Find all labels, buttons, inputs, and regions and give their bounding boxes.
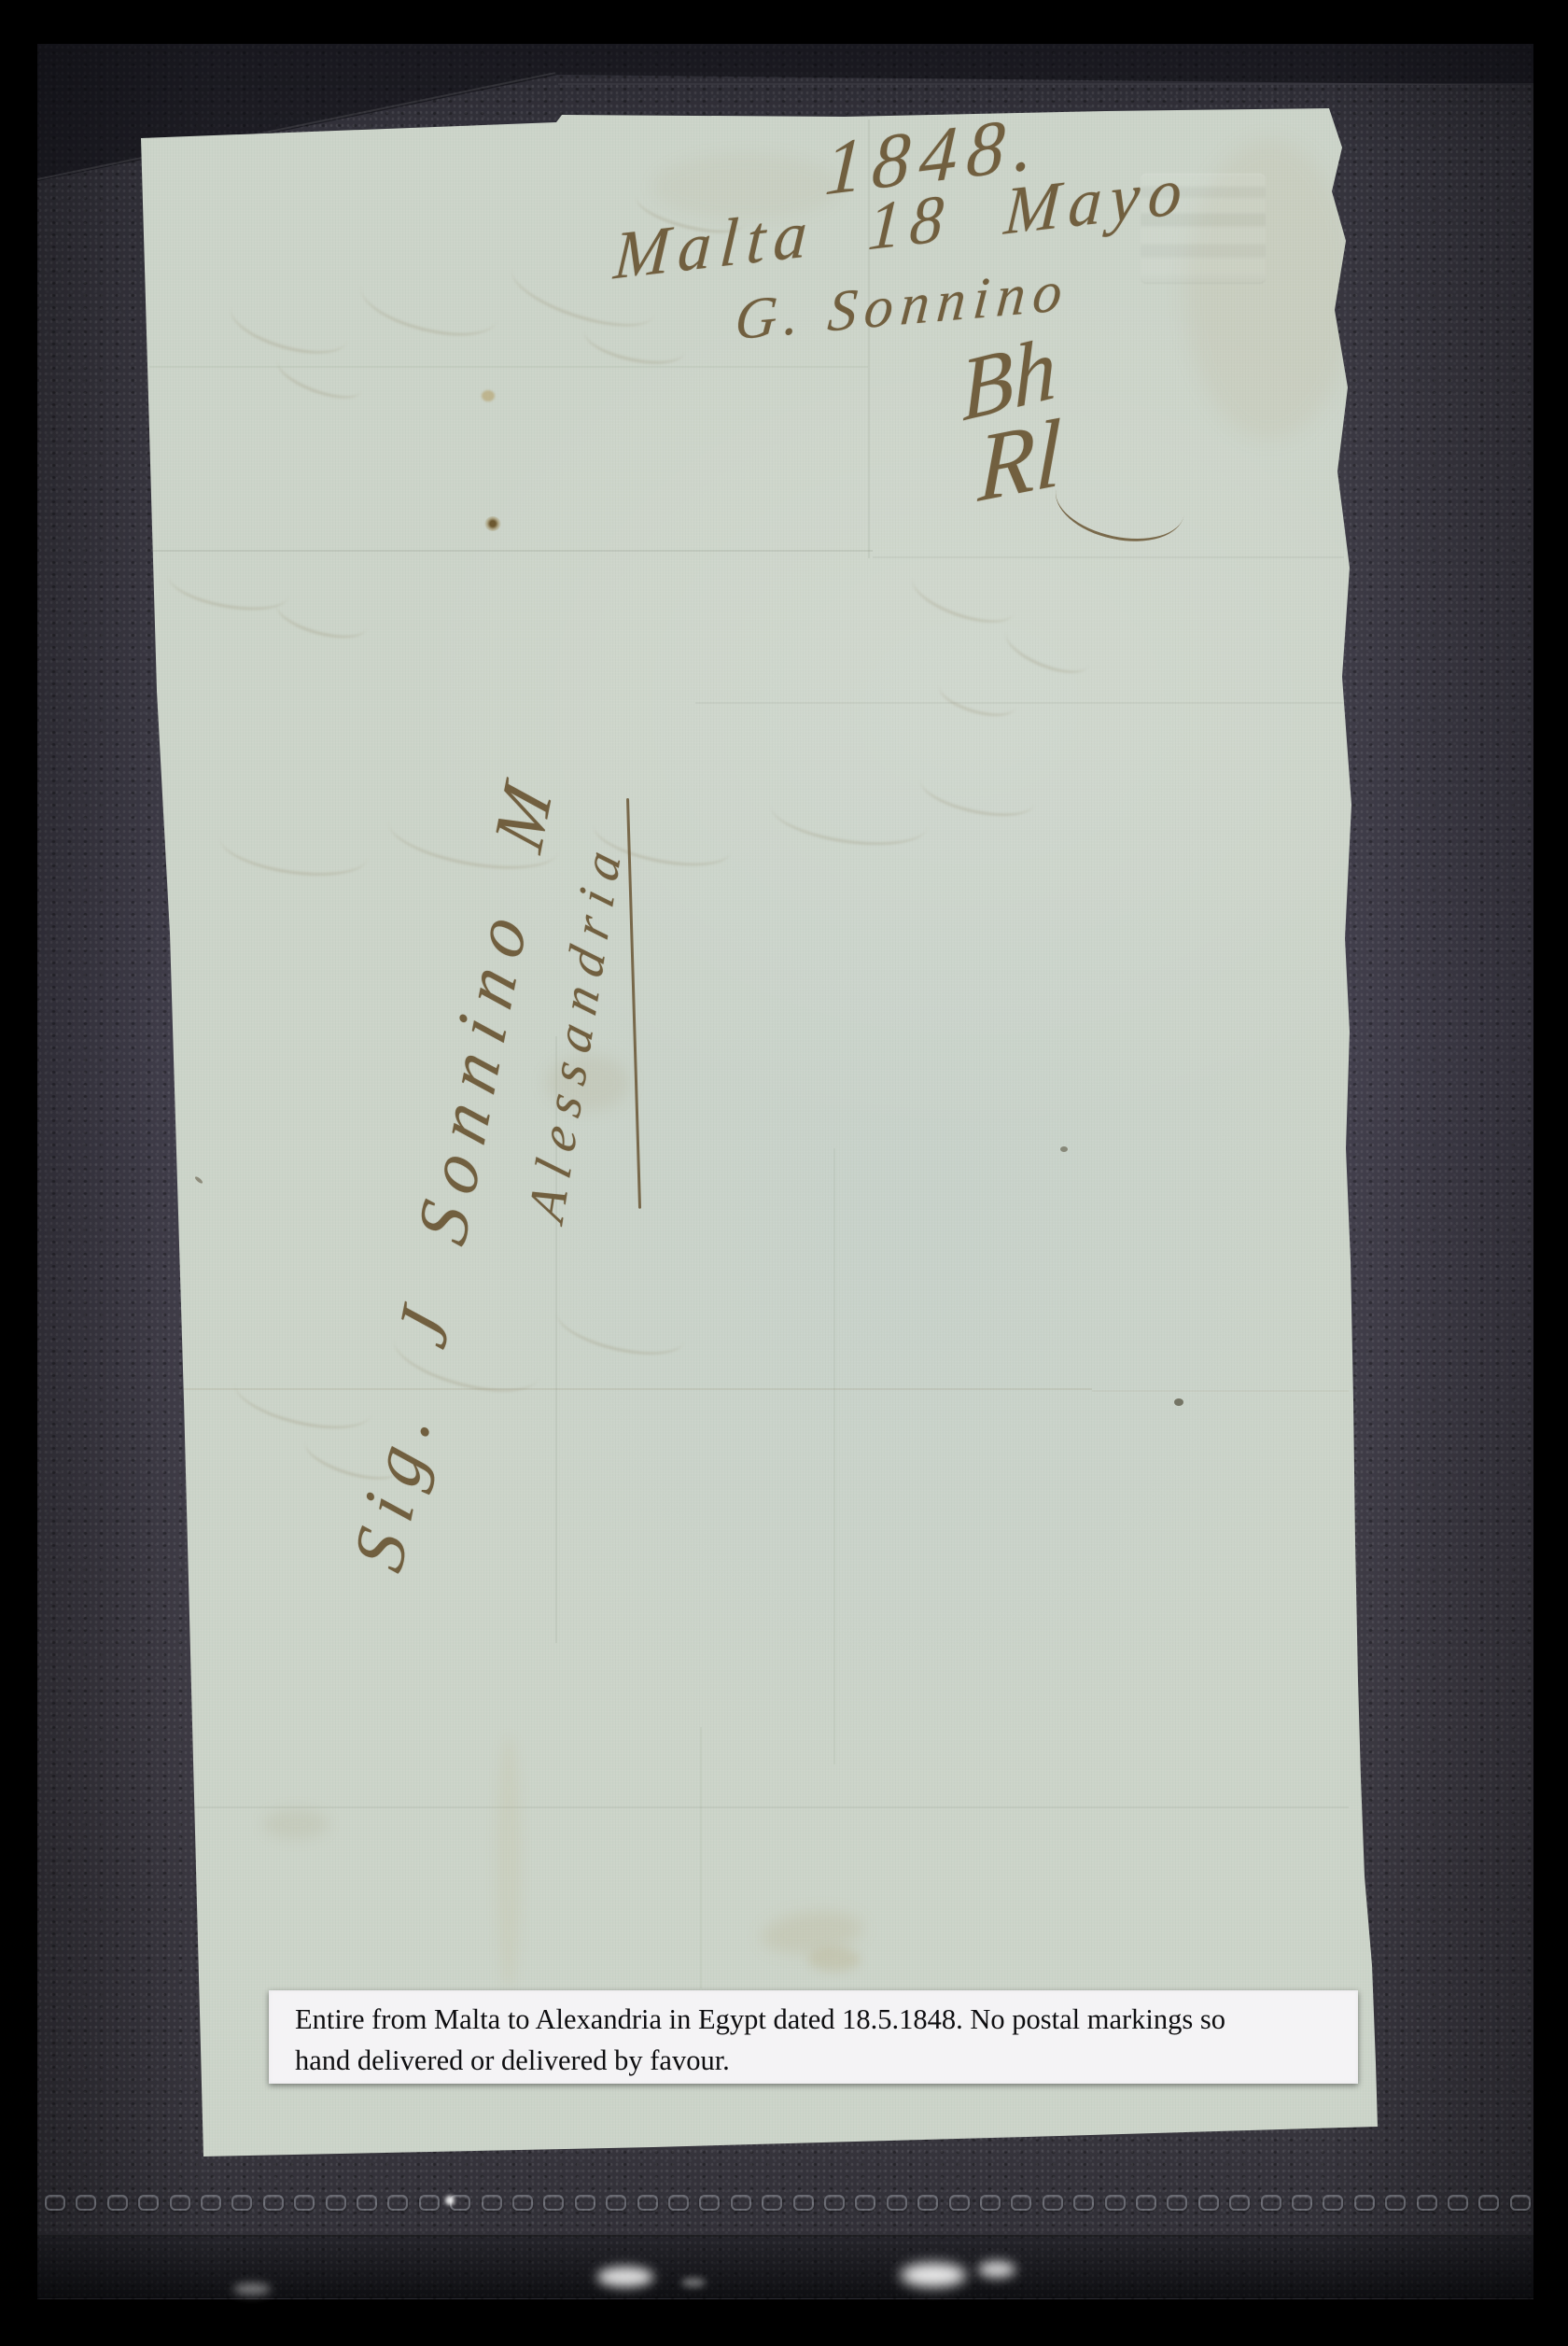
weld-mark: [1167, 2195, 1187, 2211]
fold-line: [700, 1727, 702, 1988]
glare-highlight: [233, 2283, 271, 2295]
weld-mark: [949, 2195, 970, 2211]
glare-highlight: [978, 2261, 1015, 2278]
weld-mark: [1261, 2195, 1281, 2211]
stain: [1174, 1398, 1183, 1406]
weld-mark: [419, 2195, 440, 2211]
weld-mark: [668, 2195, 689, 2211]
weld-mark: [887, 2195, 907, 2211]
weld-mark: [762, 2195, 782, 2211]
weld-mark: [263, 2195, 284, 2211]
weld-mark: [138, 2195, 159, 2211]
weld-mark: [1073, 2195, 1094, 2211]
caption-label: Entire from Malta to Alexandria in Egypt…: [269, 1990, 1358, 2084]
weld-mark: [575, 2195, 595, 2211]
stain: [1060, 1146, 1068, 1152]
fold-line: [695, 702, 1344, 704]
weld-mark: [1448, 2195, 1468, 2211]
weld-mark: [855, 2195, 875, 2211]
fold-line: [145, 550, 873, 552]
fold-line: [163, 1806, 1349, 1808]
weld-mark: [917, 2195, 938, 2211]
weld-mark: [357, 2195, 377, 2211]
weld-mark: [76, 2195, 96, 2211]
weld-mark: [793, 2195, 814, 2211]
caption-line-1: Entire from Malta to Alexandria in Egypt…: [295, 1999, 1358, 2040]
weld-mark: [1043, 2195, 1063, 2211]
weld-mark: [543, 2195, 564, 2211]
weld-mark: [107, 2195, 128, 2211]
weld-mark: [606, 2195, 626, 2211]
stain: [808, 1947, 861, 1972]
sleeve-edge-highlight-right: [558, 83, 1533, 85]
weld-mark: [326, 2195, 346, 2211]
weld-mark: [1385, 2195, 1406, 2211]
fold-line: [833, 1148, 835, 1764]
weld-mark: [824, 2195, 845, 2211]
weld-mark: [294, 2195, 315, 2211]
fold-line: [1092, 1390, 1349, 1392]
weld-mark: [45, 2195, 65, 2211]
weld-mark: [1323, 2195, 1343, 2211]
weld-mark: [980, 2195, 1001, 2211]
weld-mark: [1478, 2195, 1499, 2211]
weld-mark: [512, 2195, 533, 2211]
glare-highlight: [901, 2263, 966, 2287]
weld-mark: [1510, 2195, 1531, 2211]
weld-mark: [637, 2195, 658, 2211]
paper-texture: [131, 103, 1386, 2166]
stain: [482, 390, 495, 401]
stain: [484, 516, 501, 531]
weld-mark: [201, 2195, 221, 2211]
glare-highlight: [597, 2267, 653, 2287]
stain: [497, 1736, 521, 1988]
weld-mark: [1011, 2195, 1031, 2211]
weld-mark: [1198, 2195, 1219, 2211]
weld-mark: [1229, 2195, 1250, 2211]
weld-mark: [231, 2195, 252, 2211]
weld-mark: [1292, 2195, 1312, 2211]
sleeve-weld-strip: [45, 2192, 1534, 2214]
weld-mark: [387, 2195, 408, 2211]
weld-mark: [482, 2195, 502, 2211]
weld-mark: [1354, 2195, 1375, 2211]
fold-line: [149, 366, 868, 368]
weld-mark: [1136, 2195, 1156, 2211]
weld-mark: [1105, 2195, 1126, 2211]
weld-mark: [1417, 2195, 1437, 2211]
ms-paraph-2: Rl: [977, 405, 1062, 519]
caption-line-2: hand delivered or delivered by favour.: [295, 2040, 1358, 2081]
weld-mark: [731, 2195, 751, 2211]
stain: [263, 1809, 329, 1839]
weld-mark: [699, 2195, 720, 2211]
glare-highlight: [445, 2196, 455, 2205]
glare-highlight: [681, 2278, 706, 2287]
fold-line: [873, 556, 1344, 558]
weld-mark: [170, 2195, 190, 2211]
letter-paper: 1848. Malta 18 Mayo G. Sonnino Bh Rl Sig…: [0, 0, 1568, 2346]
